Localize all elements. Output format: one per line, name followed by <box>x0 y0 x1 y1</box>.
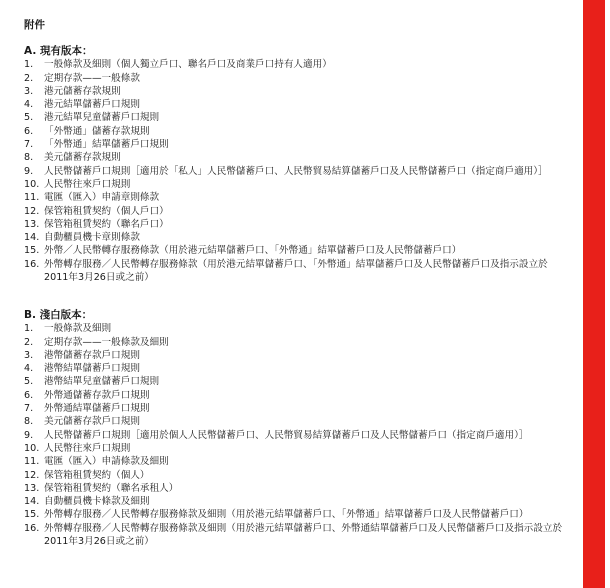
list-item: 6.「外幣通」儲蓄存款規則 <box>24 125 569 138</box>
section-heading: B. 淺白版本： <box>24 309 569 322</box>
item-text: 外幣／人民幣轉存服務條款（用於港元結單儲蓄戶口、「外幣通」結單儲蓄戶口及人民幣儲… <box>44 244 569 257</box>
item-number: 3. <box>24 85 44 98</box>
item-text: 保管箱租賃契約（聯名戶口） <box>44 218 569 231</box>
item-number: 3. <box>24 349 44 362</box>
list-item: 12.保管箱租賃契約（個人戶口） <box>24 205 569 218</box>
item-text: 美元儲蓄存款規則 <box>44 151 569 164</box>
item-text: 「外幣通」儲蓄存款規則 <box>44 125 569 138</box>
item-number: 9. <box>24 165 44 178</box>
item-number: 10. <box>24 442 44 455</box>
item-number: 6. <box>24 389 44 402</box>
list-item: 2.定期存款——一般條款及細則 <box>24 336 569 349</box>
list-item: 7.外幣通結單儲蓄戶口規則 <box>24 402 569 415</box>
list-item: 11.電匯（匯入）申請章則條款 <box>24 191 569 204</box>
list-item: 16.外幣轉存服務／人民幣轉存服務條款（用於港元結單儲蓄戶口、「外幣通」結單儲蓄… <box>24 258 569 285</box>
item-number: 12. <box>24 469 44 482</box>
item-text: 外幣轉存服務／人民幣轉存服務條款（用於港元結單儲蓄戶口、「外幣通」結單儲蓄戶口及… <box>44 258 569 285</box>
item-number: 16. <box>24 522 44 535</box>
section-heading: A. 現有版本： <box>24 45 569 58</box>
accent-sidebar-bar <box>583 0 605 588</box>
item-text: 港元結單兒童儲蓄戶口規則 <box>44 111 569 124</box>
list-item: 9.人民幣儲蓄戶口規則［適用於「私人」人民幣儲蓄戶口、人民幣貿易結算儲蓄戶口及人… <box>24 165 569 178</box>
item-text: 外幣轉存服務／人民幣轉存服務條款及細則（用於港元結單儲蓄戶口、「外幣通」結單儲蓄… <box>44 508 569 521</box>
item-text: 保管箱租賃契約（個人戶口） <box>44 205 569 218</box>
list-item: 6.外幣通儲蓄存款戶口規則 <box>24 389 569 402</box>
item-number: 4. <box>24 98 44 111</box>
list-item: 8.美元儲蓄存款規則 <box>24 151 569 164</box>
list-item: 10.人民幣往來戶口規則 <box>24 178 569 191</box>
item-text: 美元儲蓄存款戶口規則 <box>44 415 569 428</box>
item-text: 定期存款——一般條款 <box>44 72 569 85</box>
item-text: 保管箱租賃契約（個人） <box>44 469 569 482</box>
item-number: 11. <box>24 191 44 204</box>
item-number: 7. <box>24 402 44 415</box>
list-item: 14.自動櫃員機卡條款及細則 <box>24 495 569 508</box>
list-item: 13.保管箱租賃契約（聯名戶口） <box>24 218 569 231</box>
list-item: 14.自動櫃員機卡章則條款 <box>24 231 569 244</box>
item-text: 人民幣往來戶口規則 <box>44 178 569 191</box>
item-number: 10. <box>24 178 44 191</box>
document-page: 附件 A. 現有版本： 1.一般條款及細則（個人獨立戶口、聯名戶口及商業戶口持有… <box>0 0 580 588</box>
list-item: 4.港幣結單儲蓄戶口規則 <box>24 362 569 375</box>
item-number: 15. <box>24 244 44 257</box>
item-text: 人民幣儲蓄戶口規則［適用於「私人」人民幣儲蓄戶口、人民幣貿易結算儲蓄戶口及人民幣… <box>44 165 569 178</box>
item-number: 7. <box>24 138 44 151</box>
item-number: 8. <box>24 151 44 164</box>
item-text: 港幣結單兒童儲蓄戶口規則 <box>44 375 569 388</box>
item-text: 電匯（匯入）申請條款及細則 <box>44 455 569 468</box>
item-number: 13. <box>24 218 44 231</box>
document-list: 1.一般條款及細則 2.定期存款——一般條款及細則 3.港幣儲蓄存款戶口規則 4… <box>24 322 569 548</box>
document-title: 附件 <box>24 19 45 32</box>
item-number: 1. <box>24 322 44 335</box>
item-text: 港元儲蓄存款規則 <box>44 85 569 98</box>
item-text: 電匯（匯入）申請章則條款 <box>44 191 569 204</box>
list-item: 3.港元儲蓄存款規則 <box>24 85 569 98</box>
item-text: 一般條款及細則 <box>44 322 569 335</box>
item-text: 人民幣往來戶口規則 <box>44 442 569 455</box>
list-item: 1.一般條款及細則（個人獨立戶口、聯名戶口及商業戶口持有人適用） <box>24 58 569 71</box>
item-number: 14. <box>24 231 44 244</box>
list-item: 4.港元結單儲蓄戶口規則 <box>24 98 569 111</box>
item-number: 15. <box>24 508 44 521</box>
list-item: 3.港幣儲蓄存款戶口規則 <box>24 349 569 362</box>
list-item: 15.外幣／人民幣轉存服務條款（用於港元結單儲蓄戶口、「外幣通」結單儲蓄戶口及人… <box>24 244 569 257</box>
list-item: 9.人民幣儲蓄戶口規則［適用於個人人民幣儲蓄戶口、人民幣貿易結算儲蓄戶口及人民幣… <box>24 429 569 442</box>
item-number: 5. <box>24 111 44 124</box>
list-item: 10.人民幣往來戶口規則 <box>24 442 569 455</box>
item-text: 定期存款——一般條款及細則 <box>44 336 569 349</box>
list-item: 16.外幣轉存服務／人民幣轉存服務條款及細則（用於港元結單儲蓄戶口、外幣通結單儲… <box>24 522 569 549</box>
list-item: 15.外幣轉存服務／人民幣轉存服務條款及細則（用於港元結單儲蓄戶口、「外幣通」結… <box>24 508 569 521</box>
item-number: 2. <box>24 72 44 85</box>
item-number: 13. <box>24 482 44 495</box>
item-text: 外幣通儲蓄存款戶口規則 <box>44 389 569 402</box>
list-item: 1.一般條款及細則 <box>24 322 569 335</box>
list-item: 12.保管箱租賃契約（個人） <box>24 469 569 482</box>
item-text: 港幣儲蓄存款戶口規則 <box>44 349 569 362</box>
list-item: 11.電匯（匯入）申請條款及細則 <box>24 455 569 468</box>
section-current-version: A. 現有版本： 1.一般條款及細則（個人獨立戶口、聯名戶口及商業戶口持有人適用… <box>24 45 569 284</box>
item-number: 8. <box>24 415 44 428</box>
list-item: 2.定期存款——一般條款 <box>24 72 569 85</box>
item-text: 自動櫃員機卡章則條款 <box>44 231 569 244</box>
list-item: 8.美元儲蓄存款戶口規則 <box>24 415 569 428</box>
item-number: 5. <box>24 375 44 388</box>
list-item: 5.港幣結單兒童儲蓄戶口規則 <box>24 375 569 388</box>
item-number: 11. <box>24 455 44 468</box>
item-number: 6. <box>24 125 44 138</box>
list-item: 5.港元結單兒童儲蓄戶口規則 <box>24 111 569 124</box>
section-plain-language-version: B. 淺白版本： 1.一般條款及細則 2.定期存款——一般條款及細則 3.港幣儲… <box>24 309 569 548</box>
item-number: 4. <box>24 362 44 375</box>
item-text: 一般條款及細則（個人獨立戶口、聯名戶口及商業戶口持有人適用） <box>44 58 569 71</box>
item-text: 港幣結單儲蓄戶口規則 <box>44 362 569 375</box>
list-item: 7.「外幣通」結單儲蓄戶口規則 <box>24 138 569 151</box>
item-number: 14. <box>24 495 44 508</box>
item-text: 自動櫃員機卡條款及細則 <box>44 495 569 508</box>
item-number: 1. <box>24 58 44 71</box>
item-number: 12. <box>24 205 44 218</box>
document-list: 1.一般條款及細則（個人獨立戶口、聯名戶口及商業戶口持有人適用） 2.定期存款—… <box>24 58 569 284</box>
item-text: 人民幣儲蓄戶口規則［適用於個人人民幣儲蓄戶口、人民幣貿易結算儲蓄戶口及人民幣儲蓄… <box>44 429 569 442</box>
list-item: 13.保管箱租賃契約（聯名承租人） <box>24 482 569 495</box>
item-number: 16. <box>24 258 44 271</box>
item-text: 外幣轉存服務／人民幣轉存服務條款及細則（用於港元結單儲蓄戶口、外幣通結單儲蓄戶口… <box>44 522 569 549</box>
item-number: 9. <box>24 429 44 442</box>
item-text: 「外幣通」結單儲蓄戶口規則 <box>44 138 569 151</box>
item-text: 外幣通結單儲蓄戶口規則 <box>44 402 569 415</box>
item-text: 港元結單儲蓄戶口規則 <box>44 98 569 111</box>
item-text: 保管箱租賃契約（聯名承租人） <box>44 482 569 495</box>
item-number: 2. <box>24 336 44 349</box>
